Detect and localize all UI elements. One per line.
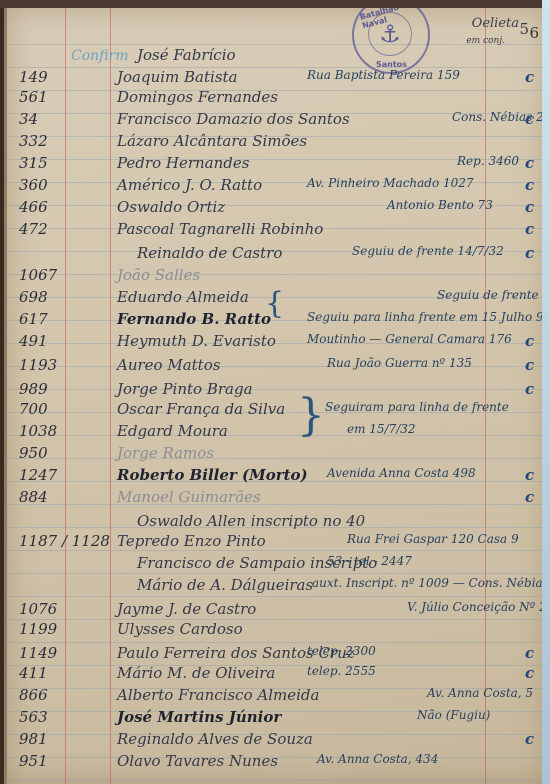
ruled-line: [7, 596, 547, 597]
entry-address: Seguiu de frente 14/7/32: [437, 288, 547, 302]
ruled-line: [7, 642, 547, 643]
ledger-row: José Fabrício: [7, 46, 547, 66]
entry-name: Tepredo Enzo Pinto: [117, 532, 266, 550]
entry-address: Rua Baptista Pereira 159: [307, 68, 460, 82]
ledger-row: 360Américo J. O. RattoAv. Pinheiro Macha…: [7, 176, 547, 196]
entry-name: Roberto Biller (Morto): [117, 466, 308, 484]
entry-address: Seguiram para linha de frente: [325, 400, 509, 414]
check-mark: c: [525, 356, 534, 374]
entry-number: 491: [19, 332, 69, 350]
entry-number: 617: [19, 310, 69, 328]
ledger-row: 950Jorge Ramos: [7, 444, 547, 464]
entry-name: Jorge Ramos: [117, 444, 214, 462]
ledger-row: Oswaldo Allen inscripto no 40: [7, 512, 547, 532]
entry-number: 700: [19, 400, 69, 418]
ledger-row: 472Pascoal Tagnarelli Robinhoc: [7, 220, 547, 240]
entry-number: 561: [19, 88, 69, 106]
entry-number: 1038: [19, 422, 69, 440]
entry-address: V. Júlio Conceição Nº 210: [407, 600, 547, 614]
entry-address: em 15/7/32: [347, 422, 416, 436]
entry-number: 360: [19, 176, 69, 194]
entry-name: Oswaldo Ortiz: [117, 198, 225, 216]
entry-name: Aureo Mattos: [117, 356, 220, 374]
entry-address: Seguiu para linha frente em 15 Julho 932…: [307, 310, 547, 324]
check-mark: c: [525, 244, 534, 262]
entry-number: 866: [19, 686, 69, 704]
entry-address: Seguiu de frente 14/7/32: [352, 244, 504, 258]
check-mark: c: [525, 68, 534, 86]
entry-address: auxt. Inscript. nº 1009 — Cons. Nébias 2…: [312, 576, 547, 590]
ledger-row: 1067João Salles: [7, 266, 547, 286]
ledger-row: 884Manoel Guimarãesc: [7, 488, 547, 508]
ledger-row: Mário de A. Dálgueirasauxt. Inscript. nº…: [7, 576, 547, 596]
entry-name: Lázaro Alcântara Simões: [117, 132, 307, 150]
entry-name: Oswaldo Allen inscripto no 40: [137, 512, 365, 530]
entry-number: 884: [19, 488, 69, 506]
entry-name: Alberto Francisco Almeida: [117, 686, 319, 704]
entry-name: Mário de A. Dálgueiras: [137, 576, 313, 594]
entry-address: telep. 2555: [307, 664, 376, 678]
entry-number: 1067: [19, 266, 69, 284]
check-mark: c: [525, 730, 534, 748]
entry-name: Américo J. O. Ratto: [117, 176, 262, 194]
ledger-row: 1187 / 1128Tepredo Enzo PintoRua Frei Ga…: [7, 532, 547, 552]
entry-name: Mário M. de Oliveira: [117, 664, 275, 682]
entry-name: José Fabrício: [137, 46, 236, 64]
ledger-row: 561Domingos Fernandes: [7, 88, 547, 108]
entry-name: Heymuth D. Evaristo: [117, 332, 276, 350]
ledger-row: 466Oswaldo OrtizAntonio Bento 73c: [7, 198, 547, 218]
ledger-row: 1247Roberto Biller (Morto)Avenida Anna C…: [7, 466, 547, 486]
entry-address: Rua João Guerra nº 135: [327, 356, 472, 370]
ledger-row: 332Lázaro Alcântara Simões: [7, 132, 547, 152]
entry-name: Joaquim Batista: [117, 68, 238, 86]
check-mark: c: [525, 488, 534, 506]
entry-name: Oscar França da Silva: [117, 400, 285, 418]
ledger-page: Batalhão Naval ⚓ Santos Oelieta 5 em con…: [4, 8, 547, 784]
check-mark: c: [525, 644, 534, 662]
ledger-row: 149Joaquim BatistaRua Baptista Pereira 1…: [7, 68, 547, 88]
entry-name: Fernando B. Ratto: [117, 310, 271, 328]
entry-name: Jorge Pinto Braga: [117, 380, 253, 398]
ledger-row: 411Mário M. de Oliveiratelep. 2555c: [7, 664, 547, 684]
check-mark: c: [525, 154, 534, 172]
corner-note: Oelieta: [472, 16, 519, 31]
entry-number: 563: [19, 708, 69, 726]
entry-number: 34: [19, 110, 69, 128]
ledger-row: Francisco de Sampaio inscripto53 - tel -…: [7, 554, 547, 574]
ledger-row: 1149Paulo Ferreira dos Santos Cruztelep.…: [7, 644, 547, 664]
entry-name: Reginaldo Alves de Souza: [117, 730, 313, 748]
entry-address: Moutinho — General Camara 176: [307, 332, 512, 346]
entry-name: Ulysses Cardoso: [117, 620, 243, 638]
ledger-row: 981Reginaldo Alves de Souzac: [7, 730, 547, 750]
check-mark: c: [525, 380, 534, 398]
entry-number: 981: [19, 730, 69, 748]
ruled-line: [7, 780, 547, 781]
entry-name: Francisco Damazio dos Santos: [117, 110, 350, 128]
entry-name: Pedro Hernandes: [117, 154, 249, 172]
entry-name: Pascoal Tagnarelli Robinho: [117, 220, 323, 238]
entry-number: 149: [19, 68, 69, 86]
entry-name: Jayme J. de Castro: [117, 600, 256, 618]
entry-number: 950: [19, 444, 69, 462]
entry-address: Avenida Anna Costa 498: [327, 466, 476, 480]
corner-number: 5: [519, 20, 529, 38]
corner-sub-note: em conj.: [466, 36, 505, 46]
check-mark: c: [525, 176, 534, 194]
entry-address: 53 - tel - 2447: [327, 554, 412, 568]
background-top: [0, 0, 550, 8]
entry-name: João Salles: [117, 266, 200, 284]
entry-number: 1076: [19, 600, 69, 618]
ledger-row: 491Heymuth D. EvaristoMoutinho — General…: [7, 332, 547, 352]
entry-address: Av. Pinheiro Machado 1027: [307, 176, 474, 190]
ledger-row: 1076Jayme J. de CastroV. Júlio Conceição…: [7, 600, 547, 620]
entry-number: 1247: [19, 466, 69, 484]
entry-number: 698: [19, 288, 69, 306]
entry-number: 315: [19, 154, 69, 172]
ledger-row: 1038Edgard Mouraem 15/7/32: [7, 422, 547, 442]
entry-number: 411: [19, 664, 69, 682]
ledger-row: 951Olavo Tavares NunesAv. Anna Costa, 43…: [7, 752, 547, 772]
check-mark: c: [525, 332, 534, 350]
entry-address: Rua Frei Gaspar 120 Casa 9: [347, 532, 519, 546]
entry-name: José Martins Júnior: [117, 708, 281, 726]
brace-mark: }: [297, 390, 325, 441]
check-mark: c: [525, 466, 534, 484]
entry-address: Não (Fugiu): [417, 708, 490, 722]
entry-address: telep. 2300: [307, 644, 376, 658]
entry-address: Rep. 3460: [457, 154, 519, 168]
check-mark: c: [525, 220, 534, 238]
ledger-row: 866Alberto Francisco AlmeidaAv. Anna Cos…: [7, 686, 547, 706]
ledger-row: 563José Martins JúniorNão (Fugiu): [7, 708, 547, 728]
entry-name: Olavo Tavares Nunes: [117, 752, 278, 770]
entry-address: Av. Anna Costa, 434: [317, 752, 438, 766]
entry-name: Edgard Moura: [117, 422, 228, 440]
background-right: [542, 0, 550, 784]
page-number: 6: [529, 24, 539, 42]
ledger-row: 1199Ulysses Cardoso: [7, 620, 547, 640]
entry-number: 989: [19, 380, 69, 398]
ledger-row: 1193Aureo MattosRua João Guerra nº 135c: [7, 356, 547, 376]
entry-number: 1187 / 1128: [19, 532, 69, 550]
check-mark: c: [525, 110, 534, 128]
entry-address: Av. Anna Costa, 5: [427, 686, 533, 700]
entry-number: 1149: [19, 644, 69, 662]
ledger-row: 315Pedro HernandesRep. 3460c: [7, 154, 547, 174]
ledger-row: 989Jorge Pinto Bragac: [7, 380, 547, 400]
check-mark: c: [525, 198, 534, 216]
entry-number: 1199: [19, 620, 69, 638]
ledger-row: Reinaldo de CastroSeguiu de frente 14/7/…: [7, 244, 547, 264]
entry-address: Antonio Bento 73: [387, 198, 493, 212]
ledger-row: 34Francisco Damazio dos SantosCons. Nébi…: [7, 110, 547, 130]
entry-number: 1193: [19, 356, 69, 374]
entry-name: Reinaldo de Castro: [137, 244, 282, 262]
entry-number: 951: [19, 752, 69, 770]
entry-name: Eduardo Almeida: [117, 288, 249, 306]
entry-number: 332: [19, 132, 69, 150]
brace-mark: {: [265, 286, 284, 321]
entry-name: Manoel Guimarães: [117, 488, 261, 506]
ledger-row: 700Oscar França da SilvaSeguiram para li…: [7, 400, 547, 420]
entry-number: 472: [19, 220, 69, 238]
entry-number: 466: [19, 198, 69, 216]
check-mark: c: [525, 664, 534, 682]
entry-name: Domingos Fernandes: [117, 88, 278, 106]
